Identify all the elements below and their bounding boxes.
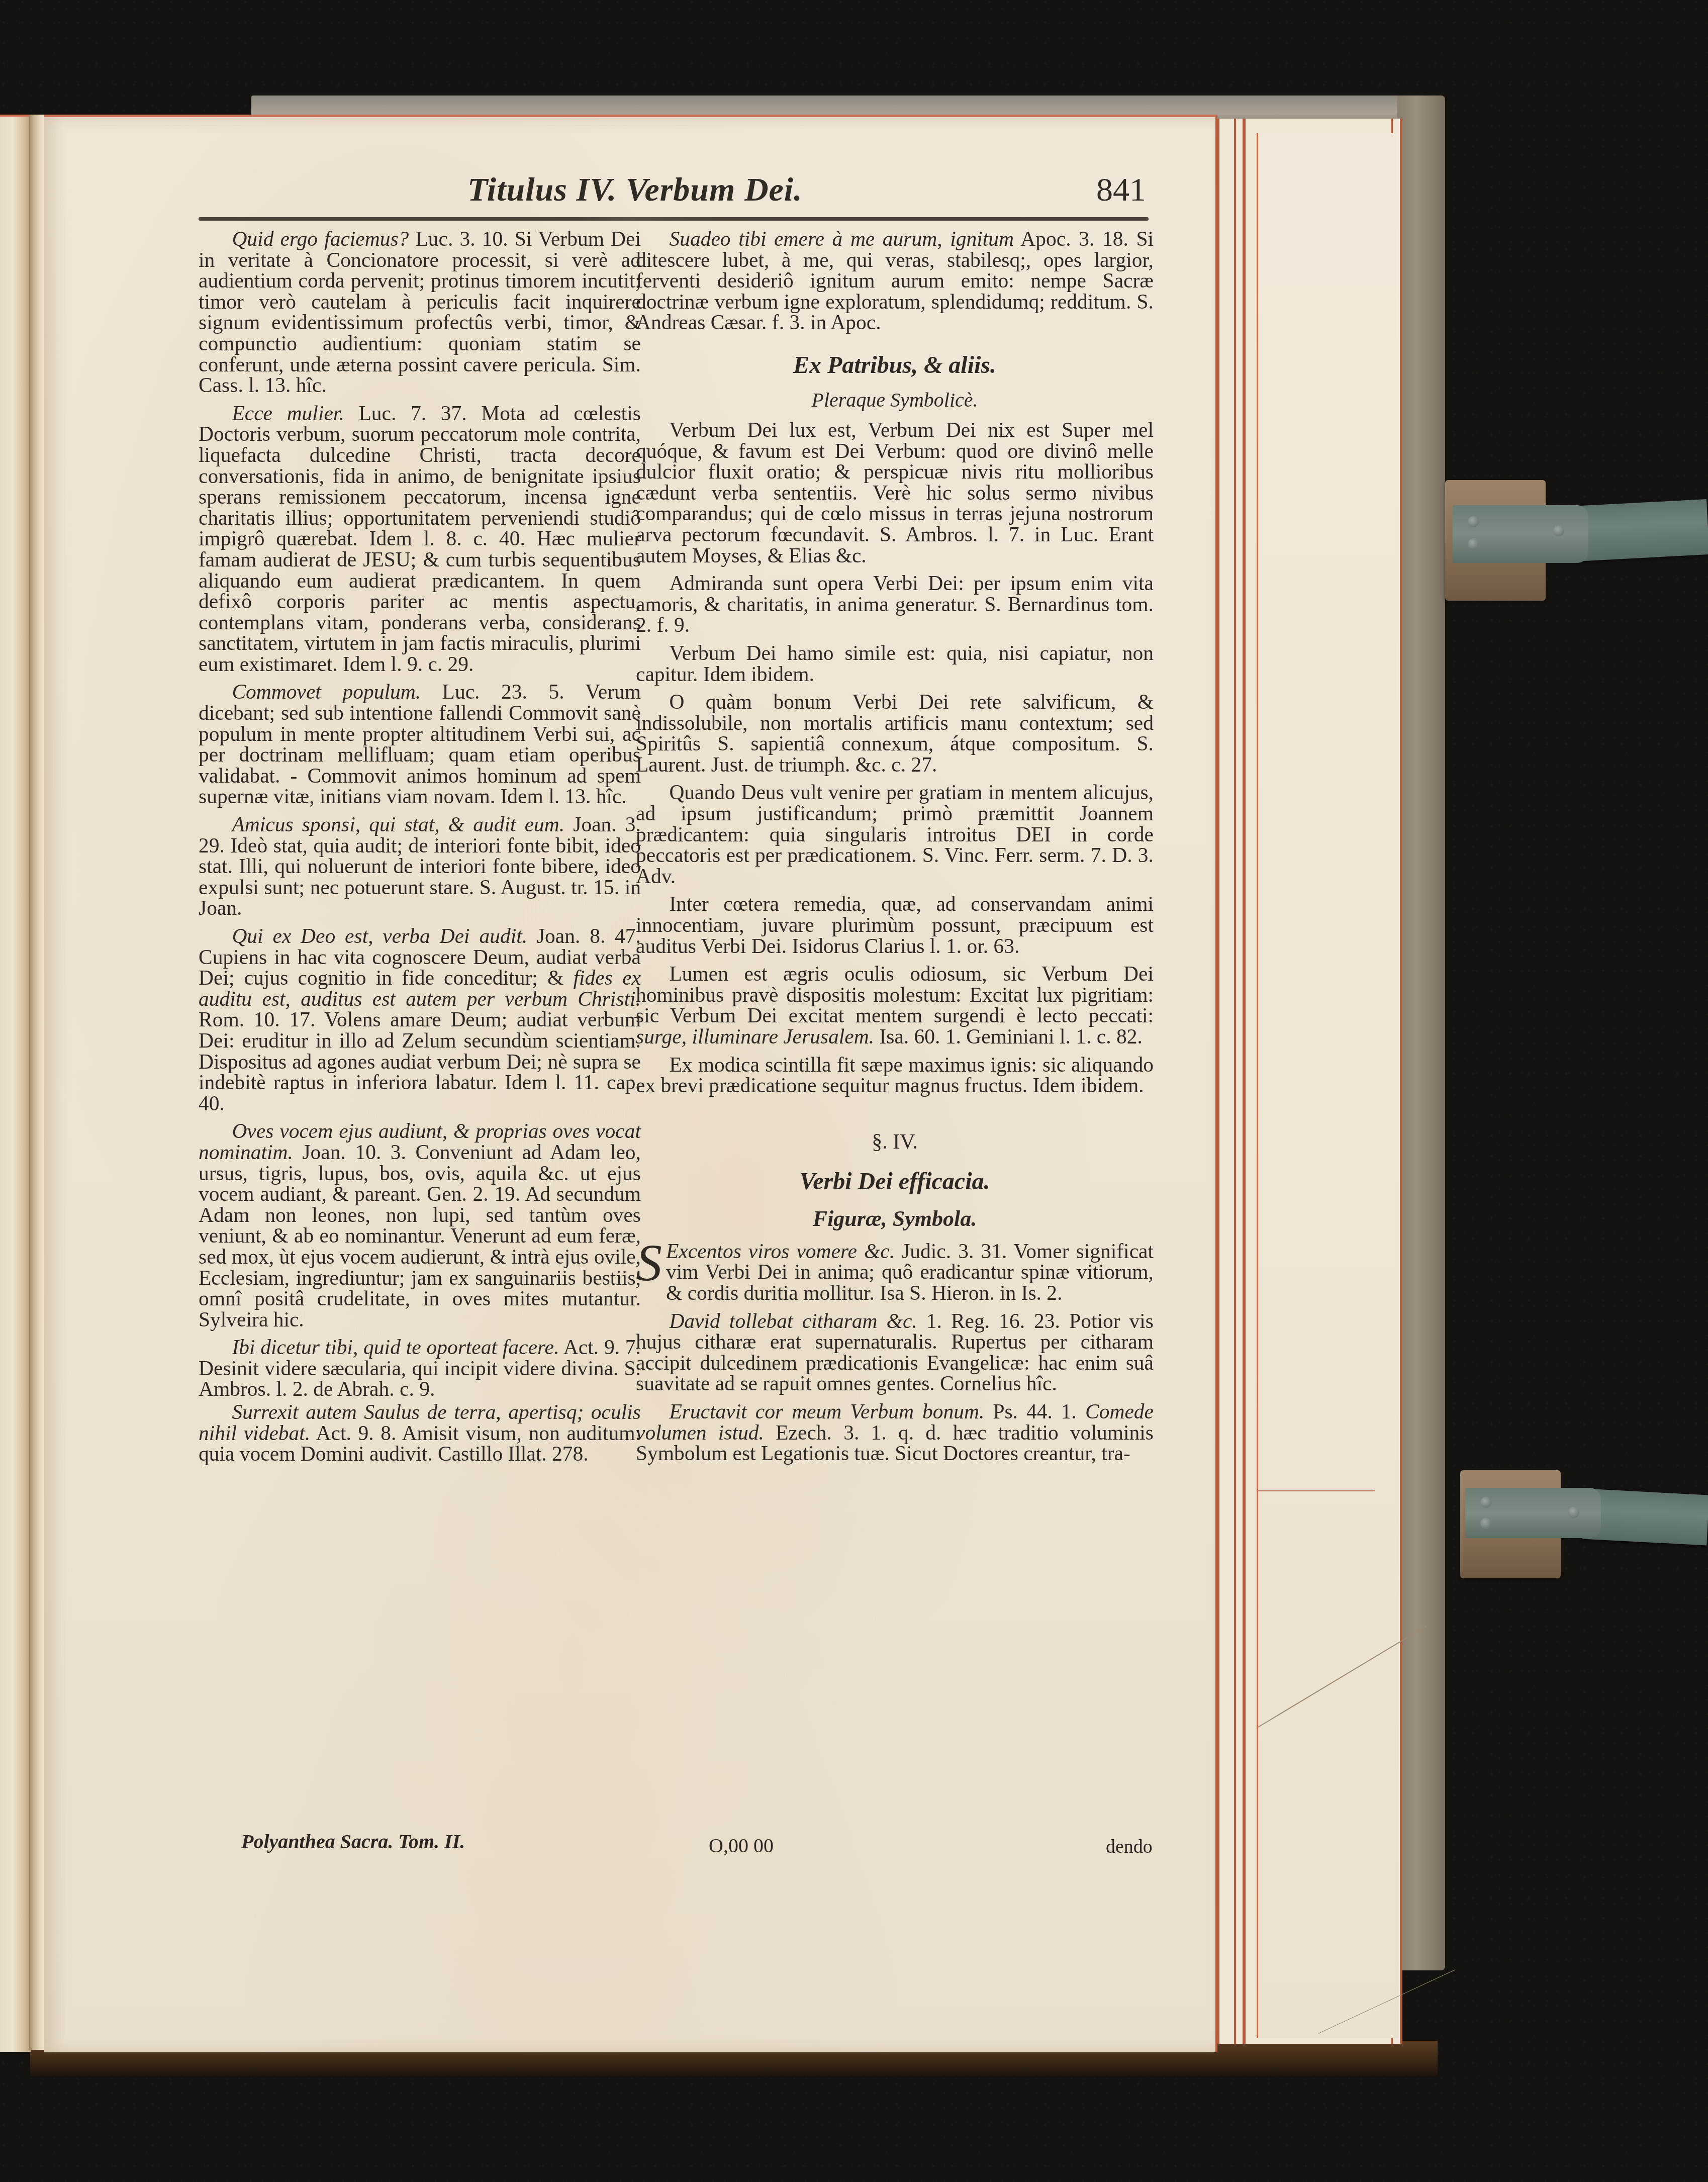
rivet-icon [1568, 1507, 1579, 1518]
entry-paragraph: Ibi dicetur tibi, quid te oporteat facer… [199, 1337, 641, 1400]
entry-paragraph: Ecce mulier. Luc. 7. 37. Mota ad cœlesti… [199, 403, 641, 675]
left-column: Quid ergo faciemus? Luc. 3. 10. Si Verbu… [199, 229, 641, 1472]
lemma: Commovet populum. [232, 680, 421, 703]
rivet-icon [1553, 525, 1564, 536]
book-gutter [29, 115, 44, 2050]
section-subheading: Pleraque Symbolicè. [636, 388, 1154, 413]
catchword: dendo [1106, 1836, 1153, 1858]
fold-crease [1258, 1490, 1375, 1491]
lemma: Suadeo tibi emere à me aurum, ignitum [669, 227, 1014, 250]
clasp-plate [1465, 1488, 1601, 1538]
clasp-strap [1572, 499, 1708, 561]
lemma: Quid ergo faciemus? [232, 227, 409, 250]
scripture-quote: surge, illuminare Jerusalem. [636, 1025, 874, 1048]
rivet-icon [1480, 1497, 1491, 1508]
entry-paragraph: Suadeo tibi emere à me aurum, ignitum Ap… [636, 229, 1154, 333]
figurae-paragraph: David tollebat citharam &c. 1. Reg. 16. … [636, 1311, 1154, 1394]
entry-paragraph: Quid ergo faciemus? Luc. 3. 10. Si Verbu… [199, 229, 641, 396]
patres-paragraph: Admiranda sunt opera Verbi Dei: per ipsu… [636, 573, 1154, 636]
entry-text: Luc. 7. 37. Mota ad cœlestis Doctoris ve… [199, 402, 641, 676]
rivet-icon [1468, 516, 1479, 527]
lemma: Amicus sponsi, qui stat, & audit eum. [232, 813, 564, 836]
entry-text: Lumen est ægris oculis odiosum, sic Verb… [636, 962, 1154, 1027]
patres-paragraph: Verbum Dei lux est, Verbum Dei nix est S… [636, 420, 1154, 566]
section-subheading: Figuræ, Symbola. [636, 1204, 1154, 1234]
entry-text: Isa. 60. 1. Geminiani l. 1. c. 82. [874, 1025, 1143, 1048]
lemma: Eructavit cor meum Verbum bonum. [669, 1400, 984, 1423]
lemma: Qui ex Deo est, verba Dei audit. [232, 924, 527, 947]
figurae-paragraph: SExcentos viros vomere &c. Judic. 3. 31.… [636, 1241, 1154, 1304]
entry-text: Luc. 3. 10. Si Verbum Dei in veritate à … [199, 227, 641, 397]
entry-paragraph: Amicus sponsi, qui stat, & audit eum. Jo… [199, 814, 641, 919]
section-heading: Ex Patribus, & aliis. [636, 350, 1154, 381]
lemma: David tollebat citharam &c. [669, 1309, 917, 1333]
patres-paragraph: Ex modica scintilla fit sæpe maximus ign… [636, 1055, 1154, 1096]
patres-paragraph: O quàm bonum Verbi Dei rete salvificum, … [636, 692, 1154, 775]
patres-paragraph: Quando Deus vult venire per gratiam in m… [636, 782, 1154, 887]
entry-paragraph: Oves vocem ejus audiunt, & proprias oves… [199, 1121, 641, 1330]
patres-paragraph: Inter cœtera remedia, quæ, ad conservand… [636, 894, 1154, 957]
signature-mark: O,00 00 [709, 1834, 774, 1857]
figurae-paragraph: Eructavit cor meum Verbum bonum. Ps. 44.… [636, 1401, 1154, 1464]
red-edge-line [1400, 119, 1402, 2044]
entry-paragraph: Surrexit autem Saulus de terra, apertisq… [199, 1402, 641, 1465]
signature-line: Polyanthea Sacra. Tom. II. [241, 1830, 465, 1853]
lemma: Excentos viros vomere &c. [666, 1240, 895, 1263]
entry-text: Ps. 44. 1. [984, 1400, 1085, 1423]
red-edge-line [1243, 119, 1246, 2044]
previous-page-edge [0, 115, 31, 2052]
running-head-title: Titulus IV. Verbum Dei. [467, 171, 803, 209]
folded-leaf [1257, 133, 1399, 2038]
patres-paragraph: Lumen est ægris oculis odiosum, sic Verb… [636, 964, 1154, 1047]
drop-cap: S [636, 1243, 662, 1283]
rivet-icon [1468, 538, 1479, 549]
page-number: 841 [1096, 171, 1146, 209]
section-heading: Verbi Dei efficacia. [636, 1167, 1154, 1197]
clasp-plate [1453, 505, 1588, 563]
entry-paragraph: Qui ex Deo est, verba Dei audit. Joan. 8… [199, 926, 641, 1114]
book-cover-right-edge [1397, 96, 1445, 1970]
patres-paragraph: Verbum Dei hamo simile est: quia, nisi c… [636, 643, 1154, 685]
lemma: Ecce mulier. [232, 402, 344, 425]
rivet-icon [1480, 1518, 1491, 1529]
entry-paragraph: Commovet populum. Luc. 23. 5. Verum dice… [199, 682, 641, 807]
entry-text: Rom. 10. 17. Volens amare Deum; audiat v… [199, 1008, 641, 1114]
entry-text: Joan. 10. 3. Conveniunt ad Adam leo, urs… [199, 1141, 641, 1331]
lemma: Ibi dicetur tibi, quid te oporteat facer… [232, 1336, 559, 1359]
right-column: Suadeo tibi emere à me aurum, ignitum Ap… [636, 229, 1154, 1471]
header-rule [199, 217, 1149, 221]
clasp-strap [1582, 1489, 1708, 1546]
section-number: §. IV. [636, 1124, 1154, 1160]
red-edge-line [1234, 119, 1236, 2044]
